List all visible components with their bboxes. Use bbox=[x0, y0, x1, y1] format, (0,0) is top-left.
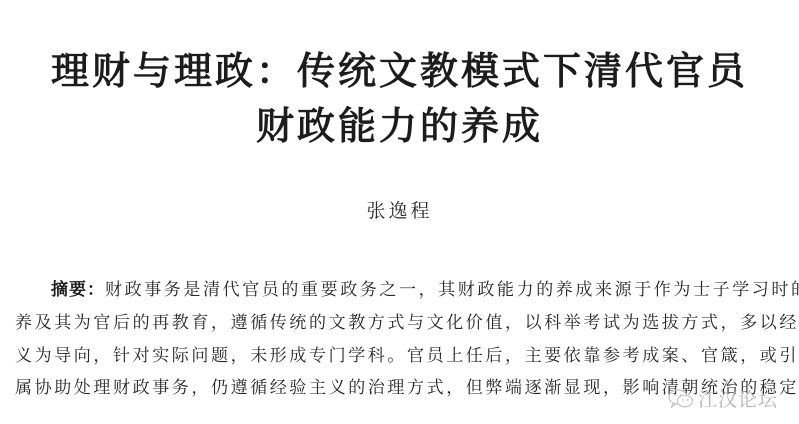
abstract-line-2: 养及其为官后的再教育，遵循传统的文教方式与文化价值，以科举考试为选拔方式，多以经… bbox=[15, 315, 799, 332]
abstract-line-3: 义为导向，针对实际问题，未形成专门学科。官员上任后，主要依靠参考成案、官箴，或引… bbox=[15, 348, 799, 365]
paper-title-line-2: 财政能力的养成 bbox=[0, 107, 799, 145]
paper-title-line-1: 理财与理政：传统文教模式下清代官员 bbox=[0, 52, 799, 90]
abstract-label: 摘要： bbox=[51, 280, 105, 300]
wechat-icon bbox=[668, 389, 694, 409]
paper-page: 理财与理政：传统文教模式下清代官员 财政能力的养成 张逸程 摘要：财政事务是清代… bbox=[0, 0, 799, 424]
watermark: 江汉论坛 bbox=[668, 385, 778, 412]
abstract-line-1: 摘要：财政事务是清代官员的重要政务之一，其财政能力的养成来源于作为士子学习时的培 bbox=[51, 282, 799, 299]
watermark-text: 江汉论坛 bbox=[698, 385, 778, 412]
abstract-text-1: 财政事务是清代官员的重要政务之一，其财政能力的养成来源于作为士子学习时的培 bbox=[105, 280, 799, 300]
author-name: 张逸程 bbox=[0, 202, 799, 221]
